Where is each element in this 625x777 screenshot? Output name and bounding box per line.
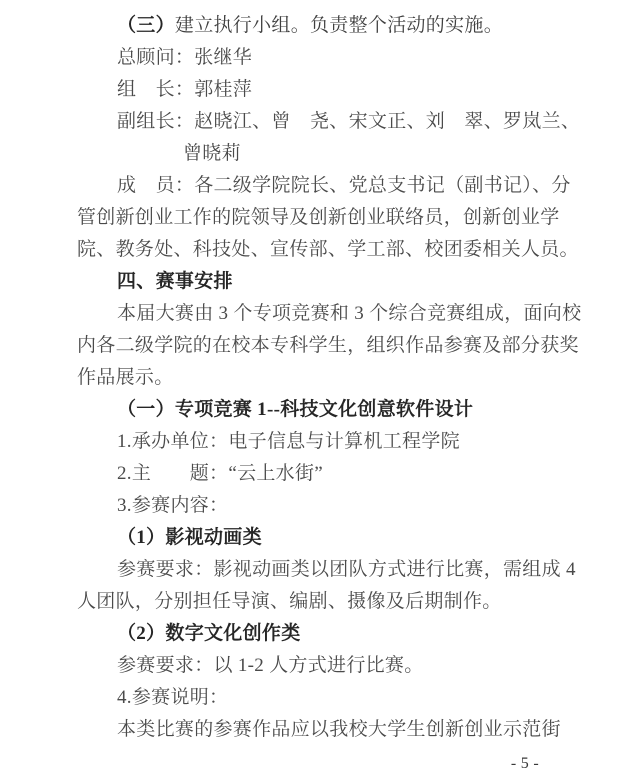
deputy-leaders-continuation: 曾晓莉 bbox=[77, 138, 547, 170]
section-3-heading: （三）建立执行小组。负责整个活动的实施。 bbox=[77, 10, 547, 42]
category-2-req-line: 参赛要求：以 1-2 人方式进行比赛。 bbox=[77, 650, 547, 682]
members-line-2: 管创新创业工作的院领导及创新创业联络员，创新创业学 bbox=[77, 202, 547, 234]
page-number: - 5 - bbox=[77, 748, 547, 777]
section-4-heading: 四、赛事安排 bbox=[77, 266, 547, 298]
category-1-heading: （1）影视动画类 bbox=[77, 522, 547, 554]
intro-line-2: 内各二级学院的在校本专科学生，组织作品参赛及部分获奖 bbox=[77, 330, 547, 362]
deputy-leaders-line: 副组长：赵晓江、曾 尧、宋文正、刘 翠、罗岚兰、 bbox=[77, 106, 547, 138]
organizer-line: 1.承办单位：电子信息与计算机工程学院 bbox=[77, 426, 547, 458]
category-2-heading: （2）数字文化创作类 bbox=[77, 618, 547, 650]
theme-line: 2.主 题：“云上水街” bbox=[77, 458, 547, 490]
category-1-req-line-1: 参赛要求：影视动画类以团队方式进行比赛，需组成 4 bbox=[77, 554, 547, 586]
category-1-req-line-2: 人团队，分别担任导演、编剧、摄像及后期制作。 bbox=[77, 586, 547, 618]
members-line-1: 成 员：各二级学院院长、党总支书记（副书记）、分 bbox=[77, 170, 547, 202]
group-leader-line: 组 长：郭桂萍 bbox=[77, 74, 547, 106]
section-3-label: （三） bbox=[117, 15, 175, 36]
members-line-3: 院、教务处、科技处、宣传部、学工部、校团委相关人员。 bbox=[77, 234, 547, 266]
document-page: （三）建立执行小组。负责整个活动的实施。 总顾问：张继华 组 长：郭桂萍 副组长… bbox=[0, 0, 625, 777]
intro-line-3: 作品展示。 bbox=[77, 362, 547, 394]
notes-line-1: 本类比赛的参赛作品应以我校大学生创新创业示范街 bbox=[77, 714, 547, 746]
content-label-line: 3.参赛内容： bbox=[77, 490, 547, 522]
advisor-line: 总顾问：张继华 bbox=[77, 42, 547, 74]
notes-label-line: 4.参赛说明： bbox=[77, 682, 547, 714]
competition-1-heading: （一）专项竞赛 1--科技文化创意软件设计 bbox=[77, 394, 547, 426]
section-3-title: 建立执行小组。负责整个活动的实施。 bbox=[175, 15, 503, 36]
intro-line-1: 本届大赛由 3 个专项竞赛和 3 个综合竞赛组成，面向校 bbox=[77, 298, 547, 330]
